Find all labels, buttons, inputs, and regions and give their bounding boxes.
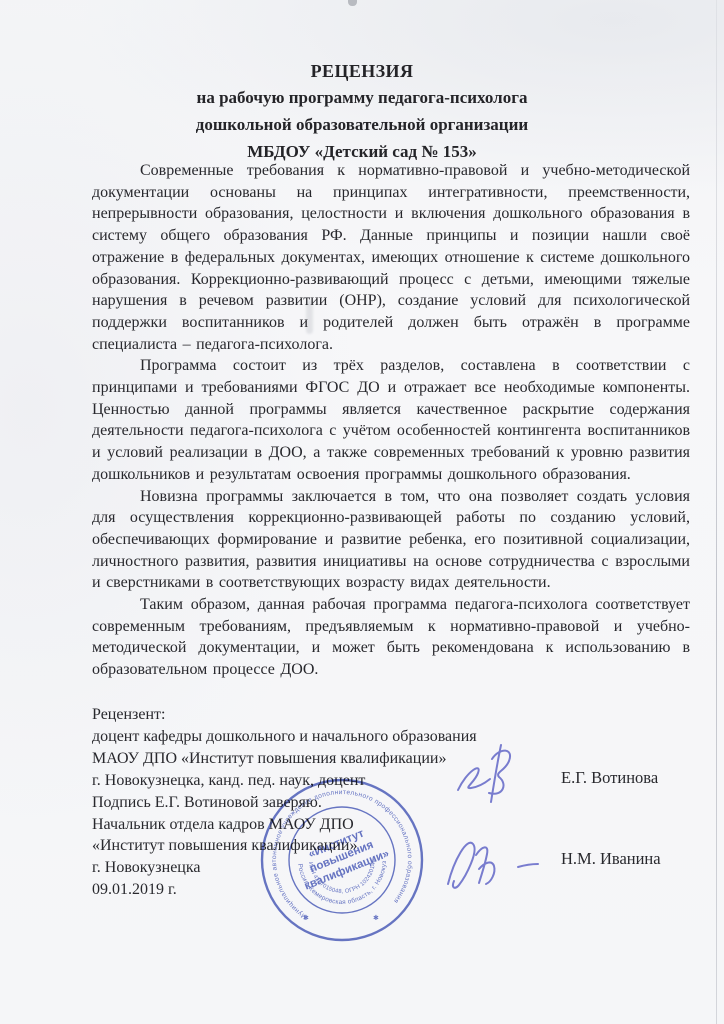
review-body: Современные требования к нормативно-прав… (92, 160, 690, 681)
reviewer-institution: МАОУ ДПО «Институт повышения квалификаци… (92, 748, 690, 770)
stamp-separator-right: ✱ (373, 914, 379, 922)
scanned-review-page: РЕЦЕНЗИЯ на рабочую программу педагога-п… (0, 0, 724, 1024)
reviewer-label: Рецензент: (92, 704, 690, 726)
document-title: РЕЦЕНЗИЯ (0, 58, 724, 84)
title-block: РЕЦЕНЗИЯ на рабочую программу педагога-п… (0, 58, 724, 165)
institution-stamp: Муниципальное автономное учреждение допо… (252, 770, 432, 950)
paragraph-conclusion: Таким образом, данная рабочая программа … (92, 594, 690, 681)
reviewer-name: Е.Г. Вотинова (561, 768, 658, 788)
paragraph-requirements: Современные требования к нормативно-прав… (92, 160, 690, 355)
reviewer-position: доцент кафедры дошкольного и начального … (92, 726, 690, 748)
document-subtitle-line-2: дошкольной образовательной организации (0, 111, 724, 138)
paragraph-structure: Программа состоит из трёх разделов, сост… (92, 355, 690, 485)
paragraph-novelty: Новизна программы заключается в том, что… (92, 486, 690, 595)
reviewer-signature-icon (448, 738, 540, 808)
scan-artifact-speck (348, 0, 357, 6)
stamp-separator-left: ✱ (303, 914, 309, 922)
hr-head-name: Н.М. Иванина (561, 849, 661, 869)
hr-head-signature-icon (438, 824, 564, 902)
document-subtitle-line-1: на рабочую программу педагога-психолога (0, 84, 724, 111)
